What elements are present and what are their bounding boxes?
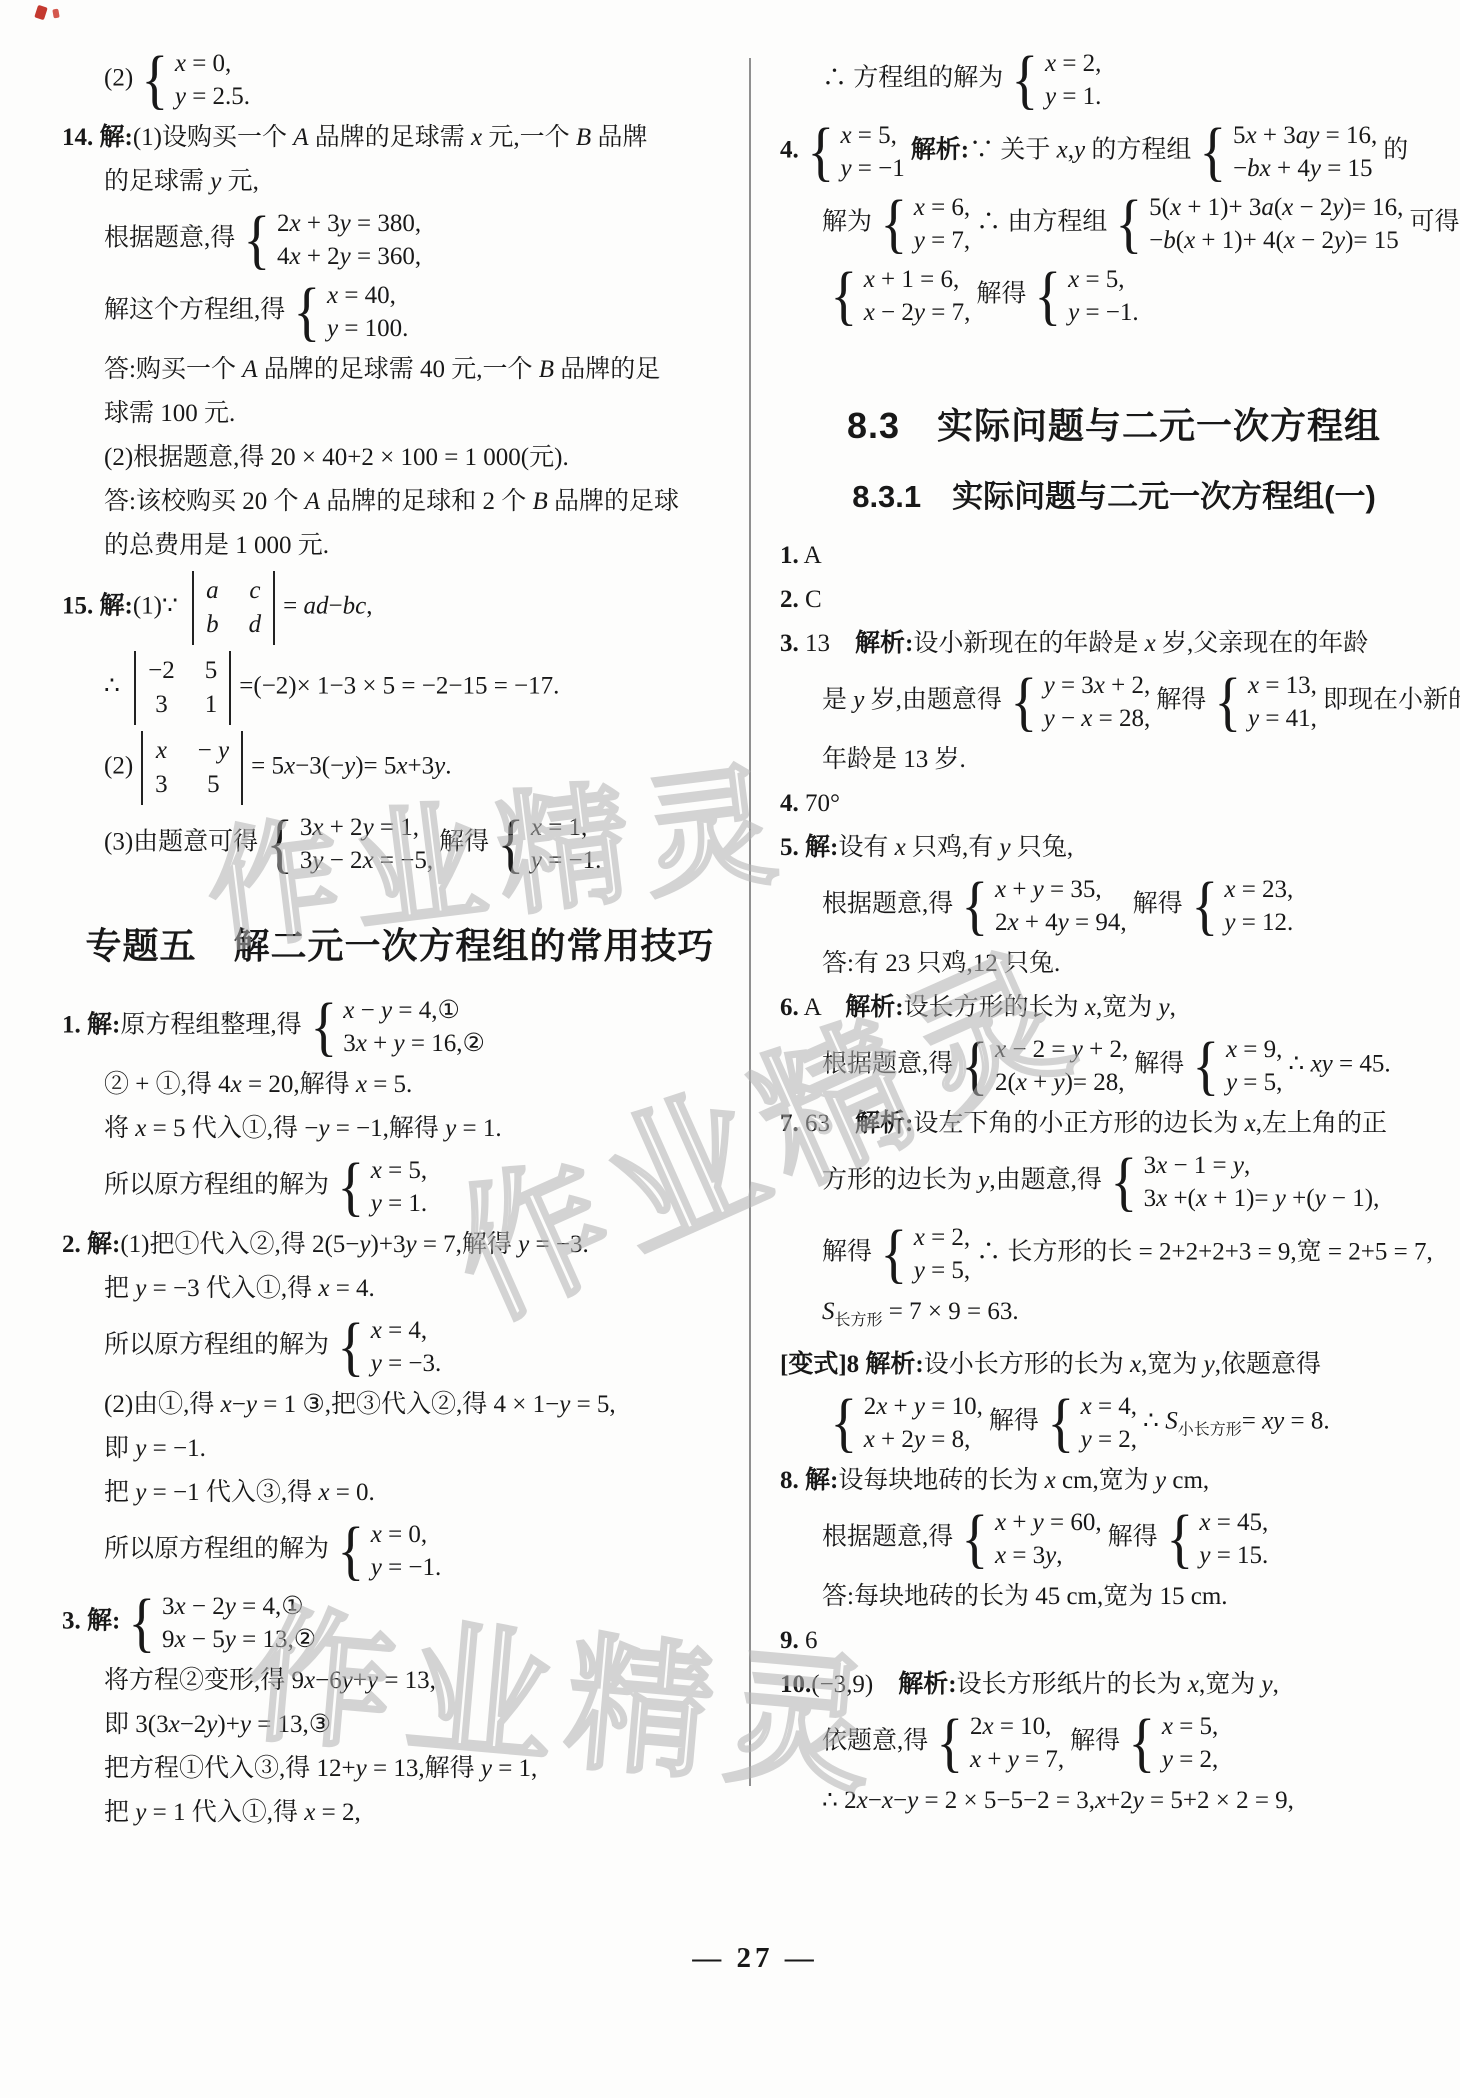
right-column: ∴ 方程组的解为{x = 2,y = 1.4.{x = 5,y = −1解析:∵… [780, 44, 1448, 1823]
equation-row: y = 2, [1162, 1743, 1218, 1776]
text-run: 15. 解:(1)∵ [62, 593, 184, 620]
system-brace: { [880, 191, 907, 257]
system-brace: { [244, 207, 271, 273]
system-rows: 2x = 10,x + y = 7, [970, 1710, 1064, 1776]
determinant-cell: −2 [148, 655, 175, 687]
math-variable: y [344, 753, 355, 780]
math-variable: x [857, 1787, 868, 1814]
text-line: 1. 解:原方程组整理,得{x − y = 4,①3x + y = 16,② [62, 991, 738, 1063]
equation-row: x = 5, [840, 119, 904, 152]
math-variable: xy [1311, 1051, 1333, 1078]
equation-row: 5x + 3ay = 16, [1233, 119, 1377, 152]
text-run: 把 y = −1 代入③,得 x = 0. [104, 1479, 375, 1506]
equation-row: x = 4, [371, 1314, 442, 1347]
system-brace: { [310, 994, 337, 1060]
math-variable: A [305, 488, 320, 515]
equation-row: x = 23, [1224, 873, 1293, 906]
text-line: 根据题意,得{x − 2 = y + 2,2(x + y)= 28,解得{x =… [780, 1030, 1448, 1102]
equation-row: −b(x + 1)+ 4(x − 2y)= 15 [1149, 224, 1403, 257]
bold-text: 7. [780, 1110, 799, 1137]
math-variable: x [1094, 672, 1105, 699]
system-rows: x + y = 60,x = 3y, [995, 1506, 1102, 1572]
text-line: 解这个方程组,得{x = 40,y = 100. [62, 276, 738, 348]
equation-row: 3x − 1 = y, [1144, 1149, 1380, 1182]
math-variable: y [225, 1626, 236, 1653]
text-run: = ad−bc, [283, 593, 372, 620]
equation-row: −bx + 4y = 15 [1233, 152, 1377, 185]
text-run: 答:该校购买 20 个 A 品牌的足球和 2 个 B 品牌的足球 [104, 488, 679, 515]
text-run: 所以原方程组的解为 [104, 1172, 329, 1199]
math-variable: x [1184, 227, 1195, 254]
text-line: (2){x = 0,y = 2.5. [62, 44, 738, 116]
bold-text: 1. [62, 1012, 81, 1039]
text-run: 所以原方程组的解为 [104, 1332, 329, 1359]
math-variable: x [1282, 194, 1293, 221]
math-variable: x [1081, 705, 1092, 732]
math-variable: x [371, 1317, 382, 1344]
math-variable: y [1045, 83, 1056, 110]
equation-system: {2x + 3y = 380,4x + 2y = 360, [241, 207, 421, 273]
system-brace: { [129, 1590, 156, 1656]
math-variable: x [1007, 909, 1018, 936]
math-variable: y [518, 1231, 529, 1258]
math-variable: y [1224, 909, 1235, 936]
math-variable: y [1008, 1746, 1019, 1773]
equation-system: {5(x + 1)+ 3a(x − 2y)= 16,−b(x + 1)+ 4(x… [1113, 191, 1403, 257]
math-variable: x [312, 814, 323, 841]
equation-system: {x = 0,y = −1. [335, 1518, 441, 1584]
math-variable: x [1057, 137, 1068, 164]
math-variable: y [1315, 1185, 1326, 1212]
math-variable: ay [1296, 122, 1320, 149]
text-line: 所以原方程组的解为{x = 5,y = 1. [62, 1151, 738, 1223]
bold-text: 4. [780, 790, 799, 817]
math-variable: x [914, 194, 925, 221]
system-rows: x = 9,y = 5, [1226, 1033, 1282, 1099]
text-run: 所以原方程组的解为 [104, 1536, 329, 1563]
math-variable: y [367, 1667, 378, 1694]
math-variable: y [914, 227, 925, 254]
math-variable: y [914, 299, 925, 326]
equation-system: {x = 5,y = 1. [335, 1154, 427, 1220]
math-variable: y [978, 1167, 989, 1194]
text-line: 的总费用是 1 000 元. [62, 524, 738, 568]
text-run: = xy = 8. [1242, 1408, 1330, 1435]
equation-row: x = 2, [1045, 47, 1101, 80]
math-variable: x [995, 1542, 1006, 1569]
system-brace: { [1110, 1149, 1137, 1215]
system-rows: x − y = 4,①3x + y = 16,② [343, 994, 485, 1060]
math-variable: a [206, 577, 219, 604]
bold-text: 解析: [865, 1351, 923, 1378]
equation-row: 2x = 10, [970, 1710, 1064, 1743]
math-variable: xy [1262, 1408, 1284, 1435]
bold-text: 解析: [845, 994, 903, 1021]
text-line: (2)x− y35= 5x−3(−y)= 5x+3y. [62, 728, 738, 808]
text-run: 解得 [1156, 687, 1206, 714]
text-line: 14. 解:(1)设购买一个 A 品牌的足球需 x 元,一个 B 品牌 [62, 116, 738, 160]
equation-row: 2(x + y)= 28, [995, 1066, 1128, 1099]
math-variable: B [539, 356, 554, 383]
math-variable: y [445, 1115, 456, 1142]
math-variable: x [304, 1799, 315, 1826]
math-variable: y [840, 155, 851, 182]
math-variable: x [284, 753, 295, 780]
math-variable: x [1068, 266, 1079, 293]
equation-row: 3x +(x + 1)= y +(y − 1), [1144, 1182, 1380, 1215]
text-run: 8. 解:设每块地砖的长为 x cm,宽为 y cm, [780, 1467, 1209, 1494]
system-brace: { [1035, 263, 1062, 329]
text-line: (2)根据题意,得 20 × 40+2 × 100 = 1 000(元). [62, 436, 738, 480]
text-run: 解得 [976, 281, 1026, 308]
text-run: (3)由题意可得 [104, 829, 258, 856]
equation-row: y = −3. [371, 1347, 442, 1380]
text-line: 4.{x = 5,y = −1解析:∵ 关于 x,y 的方程组{5x + 3ay… [780, 116, 1448, 188]
text-line: 球需 100 元. [62, 392, 738, 436]
scan-artifact [52, 9, 59, 19]
math-variable: A [293, 124, 308, 151]
equation-row: x + 1 = 6, [864, 263, 971, 296]
text-line: 根据题意,得{x + y = 60,x = 3y,解得{x = 45,y = 1… [780, 1503, 1448, 1575]
math-variable: x [356, 1030, 367, 1057]
math-variable: y [999, 834, 1010, 861]
math-variable: y [481, 1755, 492, 1782]
equation-row: 2x + 4y = 94, [995, 906, 1127, 939]
equation-system: {x = 13,y = 41, [1212, 669, 1317, 735]
equation-row: y = −1. [371, 1551, 442, 1584]
math-variable: x [396, 753, 407, 780]
math-variable: y [135, 1799, 146, 1826]
math-variable: y [531, 847, 542, 874]
math-variable: x [1199, 1509, 1210, 1536]
system-brace: { [1166, 1506, 1193, 1572]
system-rows: 2x + y = 10,x + 2y = 8, [864, 1390, 983, 1456]
text-run: 解得 [822, 1239, 872, 1266]
bold-text: 6. [780, 994, 799, 1021]
system-rows: 3x − 2y = 4,①9x − 5y = 13,② [162, 1590, 316, 1656]
equation-row: y = 1. [371, 1187, 427, 1220]
math-variable: x [221, 1391, 232, 1418]
determinant-cell: 3 [148, 689, 175, 721]
equation-row: y = −1. [1068, 296, 1139, 329]
bold-text: 9. [780, 1627, 799, 1654]
equation-row: x + y = 60, [995, 1506, 1102, 1539]
math-variable: x [304, 1667, 315, 1694]
system-rows: 2x + 3y = 380,4x + 2y = 360, [277, 207, 421, 273]
text-line: ∴ 方程组的解为{x = 2,y = 1. [780, 44, 1448, 116]
section-heading: 专题五 解二元一次方程组的常用技巧 [62, 918, 738, 969]
math-variable: y [135, 1479, 146, 1506]
text-line: 将 x = 5 代入①,得 −y = −1,解得 y = 1. [62, 1107, 738, 1151]
text-run: 9. 6 [780, 1627, 818, 1654]
system-brace: { [337, 1154, 364, 1220]
math-variable: x [1156, 1152, 1167, 1179]
text-run: = 7 × 9 = 63. [883, 1298, 1019, 1325]
left-column: (2){x = 0,y = 2.5.14. 解:(1)设购买一个 A 品牌的足球… [62, 44, 738, 1835]
text-run: 即现在小新的 [1323, 687, 1460, 714]
math-variable: B [533, 488, 548, 515]
bold-text: [变式]8 [780, 1351, 859, 1378]
bold-text: 解析: [898, 1671, 956, 1698]
math-variable: x [1095, 1787, 1106, 1814]
text-run: 根据题意,得 [822, 891, 953, 918]
text-line: 15. 解:(1)∵ acbd= ad−bc, [62, 568, 738, 648]
math-variable: y [1045, 1542, 1056, 1569]
equation-system: {x = 4,y = 2, [1045, 1390, 1137, 1456]
system-brace: { [962, 873, 989, 939]
math-variable: y [1162, 1746, 1173, 1773]
text-line: 即 y = −1. [62, 1427, 738, 1471]
determinant-cell: a [206, 575, 219, 607]
math-variable: y [340, 243, 351, 270]
math-variable: x [1248, 672, 1259, 699]
math-variable: x [1196, 1185, 1207, 1212]
math-variable: x [882, 1787, 893, 1814]
text-line: 所以原方程组的解为{x = 0,y = −1. [62, 1515, 738, 1587]
system-rows: 3x − 1 = y,3x +(x + 1)= y +(y − 1), [1144, 1149, 1380, 1215]
section-heading: 8.3 实际问题与二元一次方程组 [780, 398, 1448, 449]
text-line: 将方程②变形,得 9x−6y+y = 13, [62, 1659, 738, 1703]
text-run: 答:购买一个 A 品牌的足球需 40 元,一个 B 品牌的足 [104, 356, 660, 383]
text-line: 3. 13 解析:设小新现在的年龄是 x 岁,父亲现在的年龄 [780, 622, 1448, 666]
equation-row: 5(x + 1)+ 3a(x − 2y)= 16, [1149, 191, 1403, 224]
equation-row: y = 41, [1248, 702, 1317, 735]
text-run: S [822, 1298, 835, 1325]
system-brace: { [1215, 669, 1242, 735]
text-run: =(−2)× 1−3 × 5 = −2−15 = −17. [239, 673, 559, 700]
system-brace: { [294, 279, 321, 345]
text-line: [变式]8 解析:设小长方形的长为 x,宽为 y,依题意得 [780, 1343, 1448, 1387]
determinant-cell: 1 [205, 689, 218, 721]
text-run: 的 [1383, 137, 1408, 164]
system-brace: { [498, 811, 525, 877]
text-line: 2. 解:(1)把①代入②,得 2(5−y)+3y = 7,解得 y = −3. [62, 1223, 738, 1267]
equation-system: {x − y = 4,①3x + y = 16,② [308, 994, 485, 1060]
system-brace: { [1191, 873, 1218, 939]
equation-row: 3x + y = 16,② [343, 1027, 485, 1060]
text-run: 答:每块地砖的长为 45 cm,宽为 15 cm. [822, 1583, 1228, 1610]
equation-row: y = 1. [1045, 80, 1101, 113]
equation-system: {y = 3x + 2,y − x = 28, [1008, 669, 1150, 735]
equation-system: {x = 23,y = 12. [1189, 873, 1294, 939]
equation-row: y = 100. [327, 312, 408, 345]
equation-row: x = 4, [1081, 1390, 1137, 1423]
system-rows: x = 2,y = 5, [914, 1221, 970, 1287]
math-variable: d [249, 611, 262, 638]
math-variable: x [356, 1071, 367, 1098]
math-variable: y [1074, 137, 1085, 164]
text-line: 年龄是 13 岁. [780, 738, 1448, 782]
determinant-cell: d [249, 609, 262, 641]
math-variable: y [381, 997, 392, 1024]
text-run: 4. [780, 137, 799, 164]
equation-row: y = 2.5. [175, 80, 250, 113]
equation-system: {x + y = 35,2x + 4y = 94, [959, 873, 1126, 939]
system-brace: { [807, 119, 834, 185]
subscript-label: 长方形 [835, 1312, 883, 1329]
text-line: 8. 解:设每块地砖的长为 x cm,宽为 y cm, [780, 1459, 1448, 1503]
equation-system: {2x = 10,x + y = 7, [934, 1710, 1064, 1776]
math-variable: y [914, 1426, 925, 1453]
determinant-cell: 5 [198, 769, 229, 801]
text-run: ∴ 长方形的长 = 2+2+2+3 = 9,宽 = 2+5 = 7, [976, 1239, 1433, 1266]
equation-row: 4x + 2y = 360, [277, 240, 421, 273]
text-run: ∴ S [1143, 1408, 1178, 1435]
equation-row: y = 5, [1226, 1066, 1282, 1099]
equation-row: y = 12. [1224, 906, 1293, 939]
system-rows: x = 4,y = −3. [371, 1314, 442, 1380]
math-variable: x [864, 299, 875, 326]
text-line: ② + ①,得 4x = 20,解得 x = 5. [62, 1063, 738, 1107]
math-variable: x [995, 1036, 1006, 1063]
math-variable: ad [304, 593, 329, 620]
bold-text: 8. [780, 1467, 799, 1494]
bold-text: 解: [100, 593, 133, 620]
math-variable: x [1145, 630, 1156, 657]
text-run: 即 y = −1. [104, 1435, 206, 1462]
bold-text: 解: [805, 1467, 838, 1494]
text-line: 4. 70° [780, 782, 1448, 826]
math-variable: x [175, 50, 186, 77]
text-run: (2)由①,得 x−y = 1 ③,把③代入②,得 4 × 1−y = 5, [104, 1391, 616, 1418]
system-rows: x − 2 = y + 2,2(x + y)= 28, [995, 1033, 1128, 1099]
text-run: 将 x = 5 代入①,得 −y = −1,解得 y = 1. [104, 1115, 502, 1142]
equation-row: x = 1, [531, 811, 602, 844]
math-variable: x [1284, 227, 1295, 254]
equation-row: x = 13, [1248, 669, 1317, 702]
math-variable: y [327, 315, 338, 342]
system-rows: x = 0,y = 2.5. [175, 47, 250, 113]
math-variable: y [394, 1030, 405, 1057]
text-line: 答:该校购买 20 个 A 品牌的足球和 2 个 B 品牌的足球 [62, 480, 738, 524]
equation-system: {3x − 2y = 4,①9x − 5y = 13,② [126, 1590, 316, 1656]
determinant-cell: 3 [155, 769, 168, 801]
text-run: ∴ xy = 45. [1288, 1051, 1390, 1078]
equation-system: {x + y = 60,x = 3y, [959, 1506, 1101, 1572]
text-run: 解得 [1134, 1051, 1184, 1078]
math-variable: y [907, 1787, 918, 1814]
math-variable: x [1224, 876, 1235, 903]
math-variable: y [342, 1667, 353, 1694]
math-variable: x [1045, 50, 1056, 77]
text-run: 1. 解:原方程组整理,得 [62, 1012, 302, 1039]
section-heading: 8.3.1 实际问题与二元一次方程组(一) [780, 471, 1448, 516]
equation-row: x = 0, [175, 47, 250, 80]
text-run: = 5x−3(−y)= 5x+3y. [251, 753, 451, 780]
text-line: 即 3(3x−2y)+y = 13,③ [62, 1703, 738, 1747]
math-variable: y [1226, 1069, 1237, 1096]
math-variable: y [1310, 155, 1321, 182]
math-variable: x [982, 1713, 993, 1740]
equation-system: {3x + 2y = 1,3y − 2x = −5, [264, 811, 433, 877]
bold-text: 解析: [855, 630, 913, 657]
system-brace: { [1012, 47, 1039, 113]
equation-row: x + y = 35, [995, 873, 1127, 906]
math-variable: y [1081, 1426, 1092, 1453]
text-run: 2. C [780, 586, 822, 613]
text-line: 方形的边长为 y,由题意,得{3x − 1 = y,3x +(x + 1)= y… [780, 1146, 1448, 1218]
math-variable: y [1275, 1185, 1286, 1212]
equation-system: {x = 1,y = −1. [495, 811, 601, 877]
math-variable: x [1085, 994, 1096, 1021]
math-variable: x [169, 1711, 180, 1738]
text-run: ∴ 由方程组 [976, 209, 1107, 236]
bold-text: 解析: [911, 137, 969, 164]
text-run: 答:有 23 只鸡,12 只兔. [822, 950, 1060, 977]
text-run: 根据题意,得 [104, 225, 235, 252]
math-variable: x [1156, 1185, 1167, 1212]
text-run: 解析:∵ 关于 x,y 的方程组 [911, 137, 1192, 164]
text-line: (3)由题意可得{3x + 2y = 1,3y − 2x = −5,解得{x =… [62, 808, 738, 880]
math-variable: y [371, 1190, 382, 1217]
text-line: 把方程①代入③,得 12+y = 13,解得 y = 1, [62, 1747, 738, 1791]
equation-row: y = 15. [1199, 1539, 1268, 1572]
math-variable: y [1033, 1509, 1044, 1536]
math-variable: y [340, 210, 351, 237]
math-variable: x [1130, 1351, 1141, 1378]
system-rows: x = 1,y = −1. [531, 811, 602, 877]
math-variable: x [895, 834, 906, 861]
text-line: 10.(−3,9) 解析:设长方形纸片的长为 x,宽为 y, [780, 1663, 1448, 1707]
math-variable: y [371, 1350, 382, 1377]
system-rows: x = 13,y = 41, [1248, 669, 1317, 735]
math-variable: x [531, 814, 542, 841]
text-run: (2) [104, 753, 133, 780]
math-variable: y [1159, 994, 1170, 1021]
math-variable: x [1081, 1393, 1092, 1420]
equation-row: x + 2y = 8, [864, 1423, 983, 1456]
text-run: 14. 解:(1)设购买一个 A 品牌的足球需 x 元,一个 B 品牌 [62, 124, 647, 151]
math-variable: x [343, 997, 354, 1024]
equation-system: {x = 45,y = 15. [1164, 1506, 1269, 1572]
system-brace: { [267, 811, 294, 877]
text-line: 把 y = 1 代入①,得 x = 2, [62, 1791, 738, 1835]
text-line: 1. A [780, 534, 1448, 578]
equation-system: {x = 5,y = −1 [805, 119, 905, 185]
math-variable: a [1261, 194, 1274, 221]
equation-row: y = 3x + 2, [1044, 669, 1151, 702]
math-variable: y [1068, 299, 1079, 326]
determinant-cell: b [206, 609, 219, 641]
system-rows: x = 2,y = 1. [1045, 47, 1101, 113]
math-variable: y [1033, 876, 1044, 903]
system-rows: 3x + 2y = 1,3y − 2x = −5, [300, 811, 433, 877]
system-rows: x + 1 = 6,x − 2y = 7, [864, 263, 971, 329]
math-variable: x [840, 122, 851, 149]
text-run: 把方程①代入③,得 12+y = 13,解得 y = 1, [104, 1755, 537, 1782]
equation-system: {5x + 3ay = 16,−bx + 4y = 15 [1197, 119, 1377, 185]
math-variable: B [576, 124, 591, 151]
math-variable: y [1155, 1467, 1166, 1494]
math-variable: x [1188, 1671, 1199, 1698]
bold-text: 2. [780, 586, 799, 613]
math-variable: y [1133, 1787, 1144, 1814]
page-footer: — 27 — [60, 1942, 1450, 1975]
equation-system: {3x − 1 = y,3x +(x + 1)= y +(y − 1), [1108, 1149, 1379, 1215]
system-brace: { [1047, 1390, 1074, 1456]
workbook-page: 作业精灵 作业精灵 作业精灵 (2){x = 0,y = 2.5.14. 解:(… [0, 0, 1460, 2098]
text-line: 解为{x = 6,y = 7,∴ 由方程组{5(x + 1)+ 3a(x − 2… [780, 188, 1448, 260]
bold-text: 解析: [855, 1110, 913, 1137]
equation-row: x = 40, [327, 279, 408, 312]
text-run: 解得 [1108, 1524, 1158, 1551]
equation-row: 2x + 3y = 380, [277, 207, 421, 240]
equation-system: {x = 0,y = 2.5. [139, 47, 250, 113]
text-run: 把 y = −3 代入①,得 x = 4. [104, 1275, 375, 1302]
text-run: 3. 解: [62, 1608, 120, 1635]
math-variable: x [1162, 1713, 1173, 1740]
math-variable: x [1246, 122, 1257, 149]
